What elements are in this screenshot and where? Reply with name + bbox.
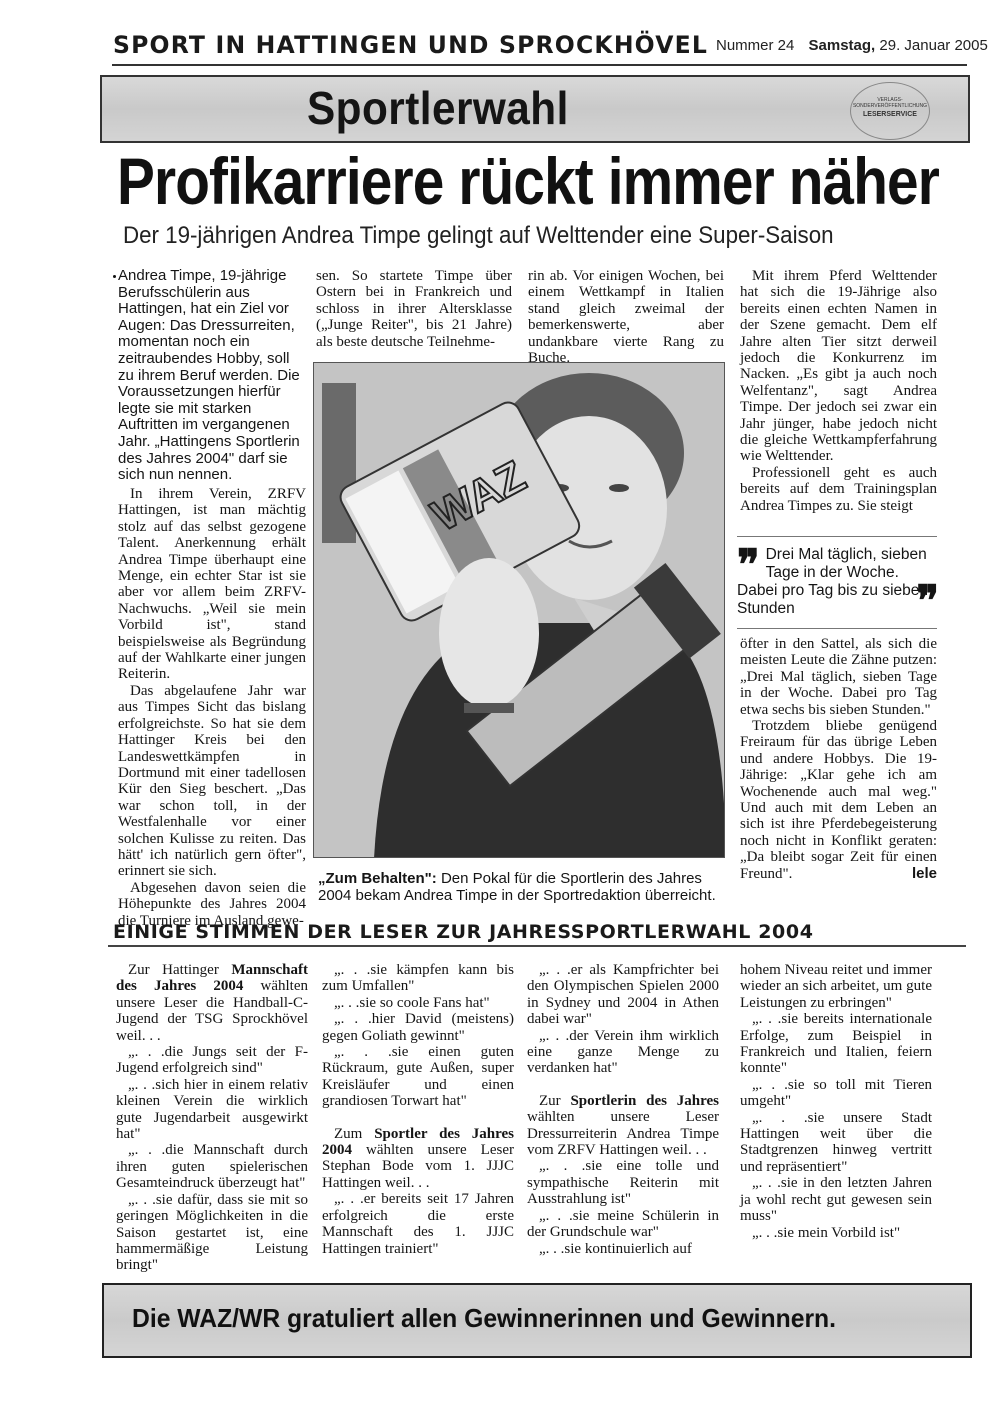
pullquote-rule-bottom [737, 628, 937, 629]
article-column-4-continued: öfter in den Sattel, als sich die meiste… [740, 636, 937, 882]
badge-line2: SONDERVERÖFFENTLICHUNG [851, 103, 929, 109]
spacer [322, 1110, 514, 1126]
voices-intro: Zur Hattinger Mannschaft des Jahres 2004… [116, 962, 308, 1044]
author-signature: lele [900, 866, 937, 882]
reader-quote: „. . .sie meine Schülerin in der Grundsc… [527, 1208, 719, 1241]
paragraph: Mit ihrem Pferd Welttender hat sich die … [740, 268, 937, 465]
congratulations-banner: Die WAZ/WR gratuliert allen Gewinnerinne… [102, 1283, 972, 1358]
article-subheadline: Der 19-jährigen Andrea Timpe gelingt auf… [123, 222, 834, 250]
lead-paragraph: Andrea Timpe, 19-jährige Berufsschülerin… [118, 268, 304, 484]
voices-intro: Zur Sportlerin des Jahres wählten unsere… [527, 1093, 719, 1159]
open-quote-icon: ❞ [737, 550, 760, 580]
paragraph: Professionell geht es auch bereits auf d… [740, 465, 937, 514]
reader-quote: „. . .sie so coole Fans hat" [322, 995, 514, 1011]
voices-column-2: „. . .sie kämpfen kann bis zum Umfallen"… [322, 962, 514, 1257]
voices-intro: Zum Sportler des Jahres 2004 wählten uns… [322, 1126, 514, 1192]
reader-quote: „. . .er als Kampfrichter bei den Olympi… [527, 962, 719, 1028]
reader-quote: „. . .sie kämpfen kann bis zum Umfallen" [322, 962, 514, 995]
reader-quote: „. . .sie dafür, dass sie mit so geringe… [116, 1192, 308, 1274]
section-title: SPORT IN HATTINGEN UND SPROCKHÖVEL [113, 31, 708, 59]
issue-info: Nummer 24 Samstag, 29. Januar 2005 [716, 37, 988, 54]
reader-quote: „. . .sie einen guten Rückraum, gute Auß… [322, 1044, 514, 1110]
pullquote-text: Drei Mal täglich, sieben Tage in der Woc… [737, 546, 928, 617]
reader-quote: „. . .die Jungs seit der F-Jugend erfolg… [116, 1044, 308, 1077]
congratulations-text: Die WAZ/WR gratuliert allen Gewinnerinne… [132, 1303, 836, 1334]
leserservice-badge-icon: VERLAGS- SONDERVERÖFFENTLICHUNG LESERSER… [850, 82, 930, 140]
lead-bullet-icon [113, 275, 116, 278]
pullquote-rule-top [737, 536, 937, 537]
issue-day: Samstag, [809, 37, 876, 54]
spacer [527, 1077, 719, 1093]
article-column-1: In ihrem Verein, ZRFV Hattingen, ist man… [118, 486, 306, 929]
article-column-3: rin ab. Vor einigen Wochen, bei einem We… [528, 268, 724, 366]
voices-column-4: hohem Niveau reitet und immer wieder an … [740, 962, 932, 1241]
banner-title: Sportlerwahl [307, 81, 569, 135]
masthead-rule [112, 64, 967, 66]
paragraph: Das abgelaufene Jahr war aus Timpes Sich… [118, 683, 306, 880]
reader-quote: „. . .sie kontinuierlich auf [527, 1241, 719, 1257]
issue-number: Nummer 24 [716, 37, 794, 54]
reader-quote: „. . .sie unsere Stadt Hattingen weit üb… [740, 1110, 932, 1176]
reader-quote: „. . .hier David (meistens) gegen Goliat… [322, 1011, 514, 1044]
reader-quote: „. . .sie bereits internationale Erfolge… [740, 1011, 932, 1077]
reader-quote: „. . .der Verein ihm wirklich eine ganze… [527, 1028, 719, 1077]
reader-quote: „. . .sie in den letzten Jahren ja wohl … [740, 1175, 932, 1224]
issue-date: 29. Januar 2005 [879, 37, 987, 54]
pullquote: ❞ Drei Mal täglich, sieben Tage in der W… [737, 546, 941, 618]
close-quote-icon: ❞ [916, 586, 939, 616]
article-headline: Profikarriere rückt immer näher [117, 143, 939, 219]
reader-quote: „. . .sie so toll mit Tieren umgeht" [740, 1077, 932, 1110]
reader-quote: „. . .die Mannschaft durch ihren guten s… [116, 1142, 308, 1191]
article-lead: Andrea Timpe, 19-jährige Berufsschülerin… [118, 268, 304, 484]
caption-bold: „Zum Behalten": [318, 870, 437, 887]
trophy-photo-illustration: WAZ [314, 363, 725, 858]
voices-column-1: Zur Hattinger Mannschaft des Jahres 2004… [116, 962, 308, 1274]
paragraph: öfter in den Sattel, als sich die meiste… [740, 636, 937, 718]
reader-quote: „. . .sie mein Vorbild ist" [740, 1225, 932, 1241]
paragraph: rin ab. Vor einigen Wochen, bei einem We… [528, 268, 724, 366]
voices-section-rule [108, 945, 966, 947]
reader-quote: „. . .er bereits seit 17 Jahren erfolgre… [322, 1191, 514, 1257]
voices-column-3: „. . .er als Kampfrichter bei den Olympi… [527, 962, 719, 1257]
paragraph: Trotzdem bliebe genügend Freiraum für da… [740, 718, 937, 882]
paragraph: In ihrem Verein, ZRFV Hattingen, ist man… [118, 486, 306, 683]
sportlerwahl-banner: Sportlerwahl VERLAGS- SONDERVERÖFFENTLIC… [100, 75, 970, 143]
badge-line3: LESERSERVICE [851, 111, 929, 118]
paragraph: sen. So startete Timpe über Ostern bei i… [316, 268, 512, 350]
reader-quote: „. . .sich hier in einem relativ kleinen… [116, 1077, 308, 1143]
article-column-2: sen. So startete Timpe über Ostern bei i… [316, 268, 512, 350]
article-photo: WAZ [313, 362, 725, 858]
reader-quote-continuation: hohem Niveau reitet und immer wieder an … [740, 962, 932, 1011]
reader-quote: „. . .sie eine tolle und sympathische Re… [527, 1158, 719, 1207]
voices-section-title: EINIGE STIMMEN DER LESER ZUR JAHRESSPORT… [113, 921, 814, 943]
photo-caption: „Zum Behalten": Den Pokal für die Sportl… [318, 870, 738, 904]
article-column-4: Mit ihrem Pferd Welttender hat sich die … [740, 268, 937, 514]
